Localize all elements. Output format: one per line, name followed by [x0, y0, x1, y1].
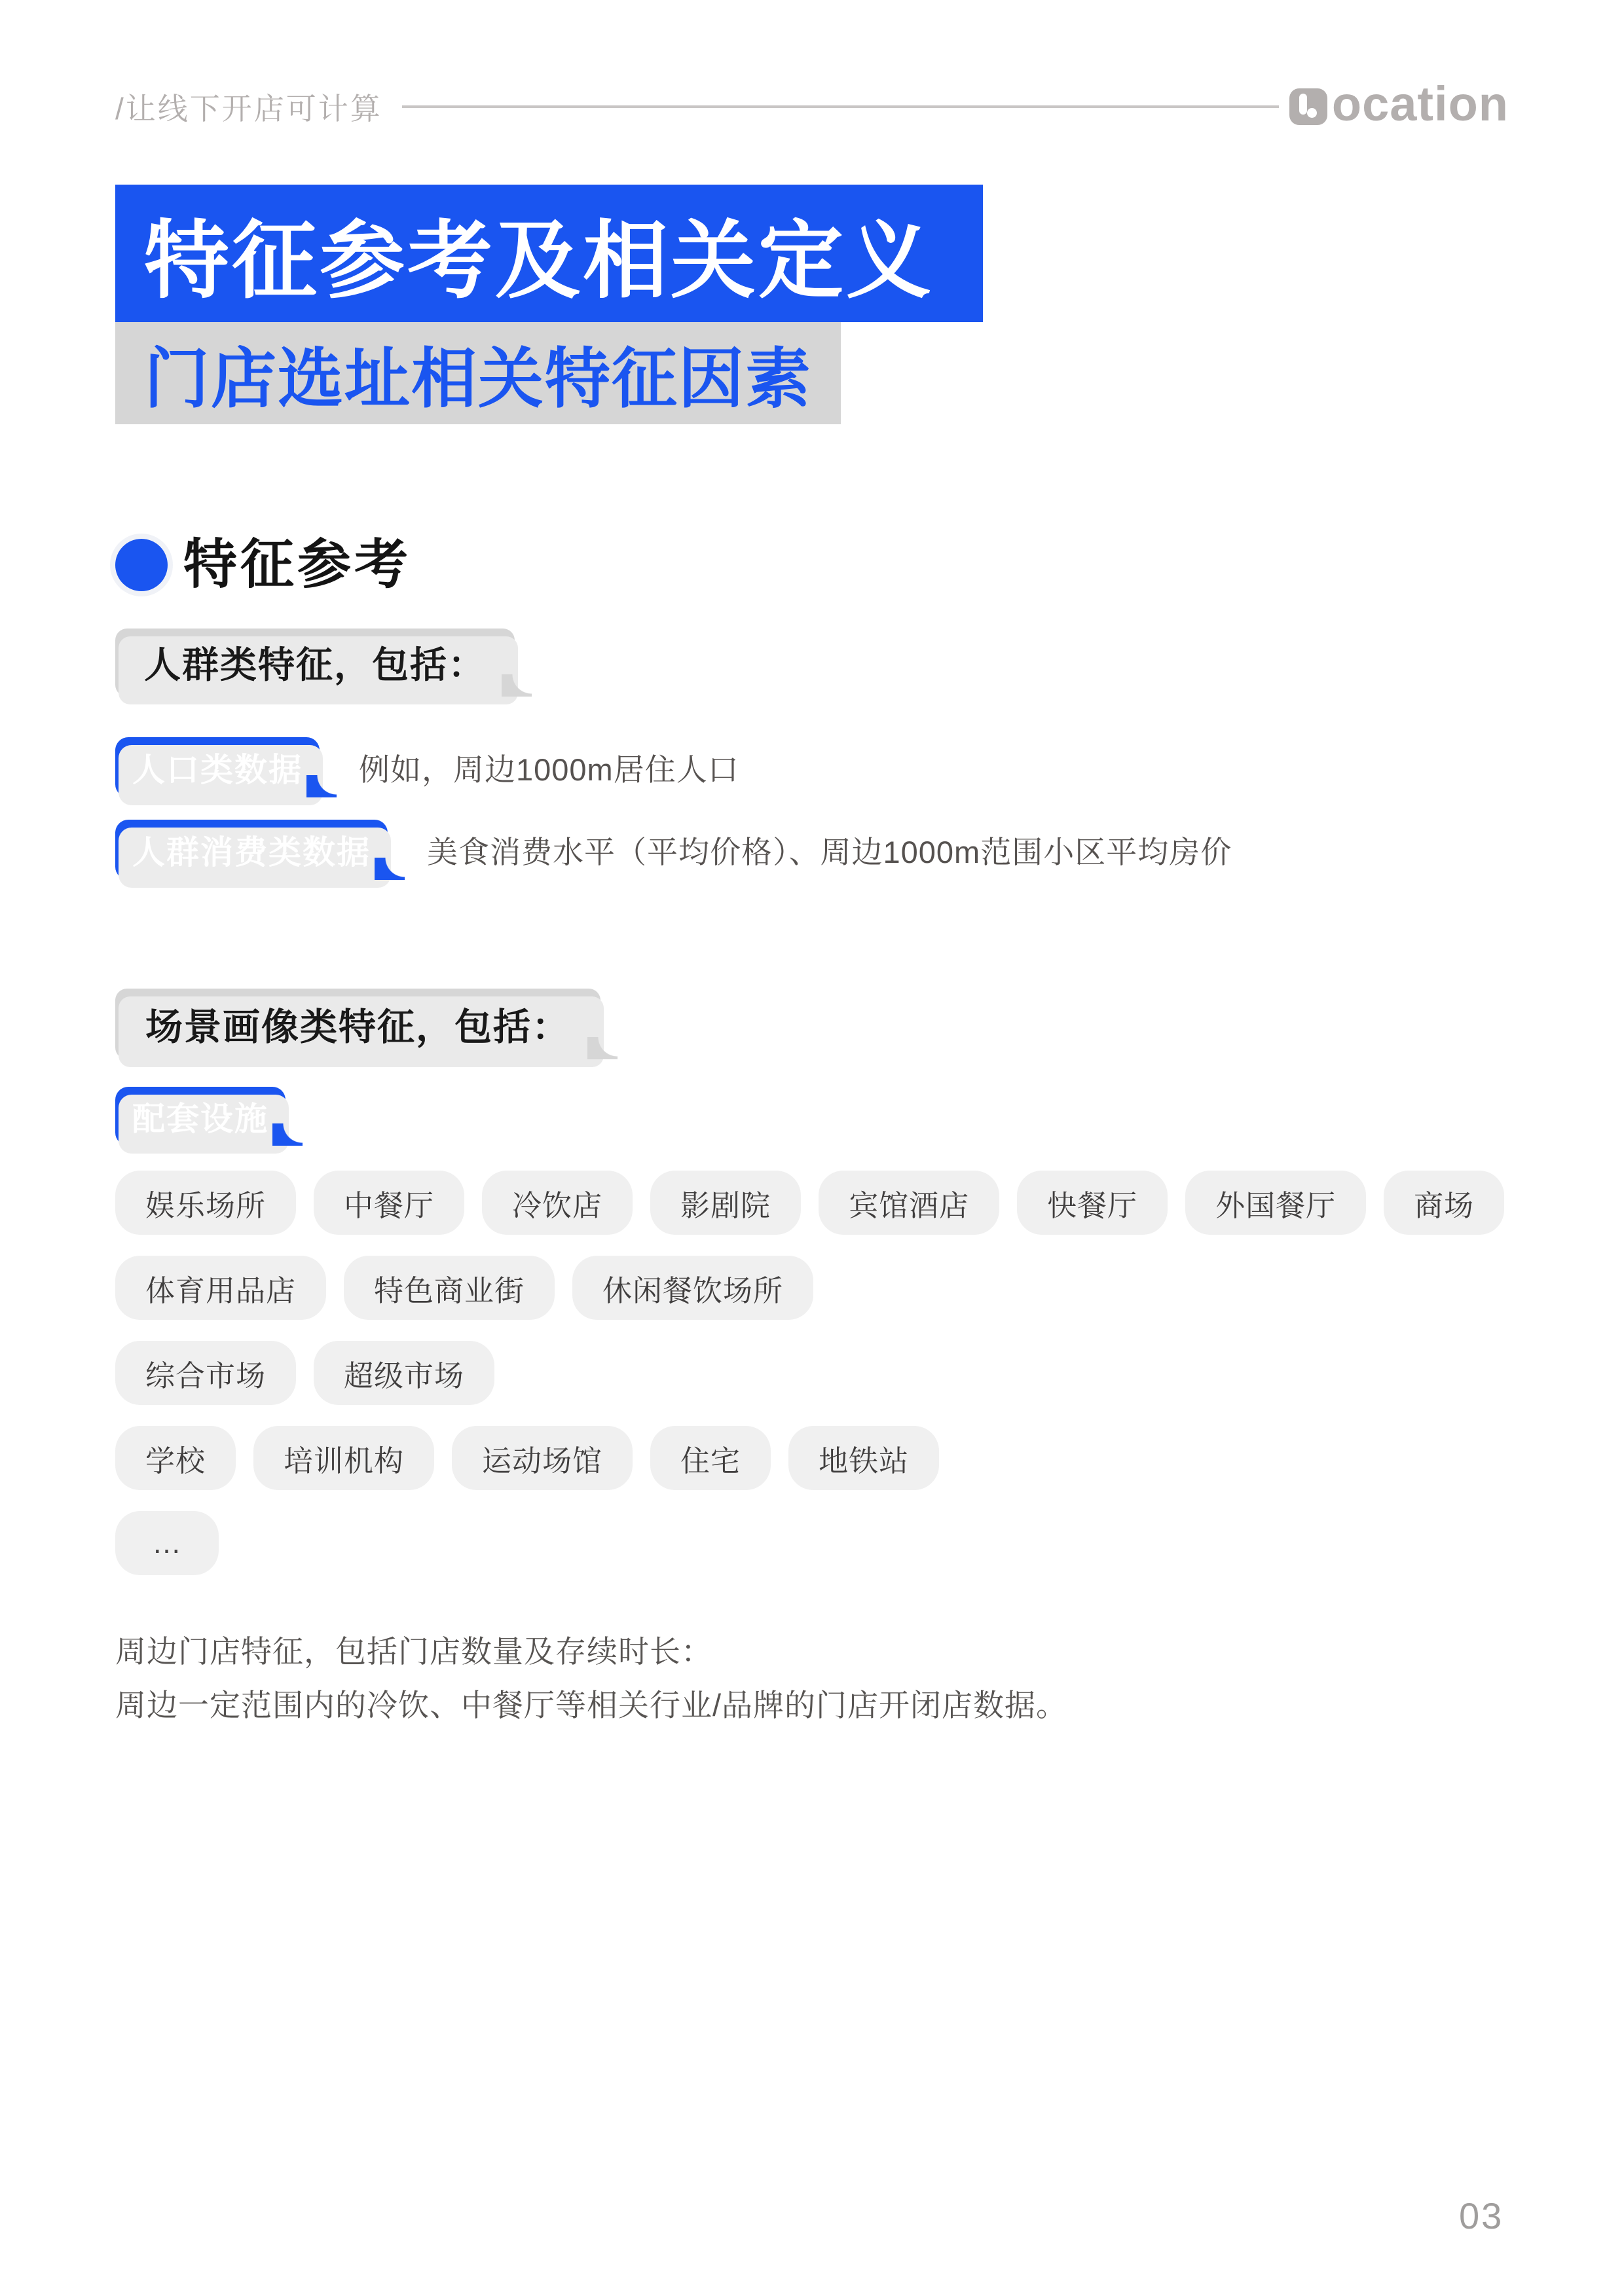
tag-supporting-facilities: 配套设施 [115, 1087, 286, 1146]
population-data-description: 例如，周边1000m居住人口 [359, 746, 739, 790]
scene-features-label: 场景画像类特征，包括： [115, 989, 600, 1059]
facility-pill: 快餐厅 [1017, 1171, 1168, 1235]
document-page: /让线下开店可计算 ocation 特征参考及相关定义 门店选址相关特征因素 特… [0, 0, 1624, 2296]
crowd-features-label: 人群类特征，包括： [115, 629, 515, 697]
facility-pill: 学校 [115, 1426, 236, 1490]
logo-l-bar [1299, 94, 1307, 115]
logo-l-dot [1307, 108, 1317, 118]
facility-pill: 宾馆酒店 [819, 1171, 999, 1235]
facility-pill-more: … [115, 1511, 219, 1575]
facility-pill-row: 娱乐场所 中餐厅 冷饮店 影剧院 宾馆酒店 快餐厅 外国餐厅 商场 [115, 1171, 1504, 1235]
bullet-dot-icon [115, 539, 168, 591]
location-logo: ocation [1289, 85, 1509, 128]
facility-pill: 体育用品店 [115, 1256, 326, 1320]
tag-population-data: 人口类数据 [115, 737, 320, 797]
logo-wordmark: ocation [1332, 80, 1509, 128]
facility-pill: 运动场馆 [452, 1426, 633, 1490]
footer-note-line2: 周边一定范围内的冷饮、中餐厅等相关行业/品牌的门店开闭店数据。 [115, 1679, 1067, 1732]
facility-pill: 影剧院 [650, 1171, 801, 1235]
crowd-feature-row: 人群消费类数据 美食消费水平（平均价格）、周边1000m范围小区平均房价 [115, 820, 1232, 880]
footer-note: 周边门店特征，包括门店数量及存续时长： 周边一定范围内的冷饮、中餐厅等相关行业/… [115, 1625, 1067, 1732]
facility-pill: 住宅 [650, 1426, 771, 1490]
facility-pill: 娱乐场所 [115, 1171, 296, 1235]
section-title: 特征参考 [183, 538, 411, 592]
facility-pill: 培训机构 [253, 1426, 434, 1490]
section-heading: 特征参考 [115, 538, 411, 592]
facility-pill: 综合市场 [115, 1341, 296, 1405]
facility-pill-row: 综合市场 超级市场 [115, 1341, 494, 1405]
facility-pill: 超级市场 [314, 1341, 494, 1405]
facility-pill: 商场 [1384, 1171, 1504, 1235]
consumption-data-description: 美食消费水平（平均价格）、周边1000m范围小区平均房价 [427, 828, 1232, 872]
footer-note-line1: 周边门店特征，包括门店数量及存续时长： [115, 1625, 1067, 1679]
tag-consumption-data: 人群消费类数据 [115, 820, 388, 880]
header-tagline: /让线下开店可计算 [115, 85, 382, 128]
facility-pill: 中餐厅 [314, 1171, 464, 1235]
crowd-feature-row: 人口类数据 例如，周边1000m居住人口 [115, 737, 739, 797]
facility-pill: 地铁站 [788, 1426, 939, 1490]
subtitle-banner: 门店选址相关特征因素 [115, 322, 841, 424]
facility-pill-row: 体育用品店 特色商业街 休闲餐饮场所 [115, 1256, 813, 1320]
facility-pill: 冷饮店 [482, 1171, 633, 1235]
facility-pill-row: … [115, 1511, 219, 1575]
facility-pill: 休闲餐饮场所 [572, 1256, 813, 1320]
facility-pill-row: 学校 培训机构 运动场馆 住宅 地铁站 [115, 1426, 939, 1490]
page-header: /让线下开店可计算 ocation [115, 77, 1509, 136]
facility-pill: 特色商业街 [344, 1256, 555, 1320]
location-logo-mark-icon [1289, 88, 1327, 125]
page-number: 03 [1459, 2195, 1504, 2237]
main-title-banner: 特征参考及相关定义 [115, 185, 983, 322]
header-divider-line [402, 105, 1279, 108]
facility-pill: 外国餐厅 [1185, 1171, 1366, 1235]
